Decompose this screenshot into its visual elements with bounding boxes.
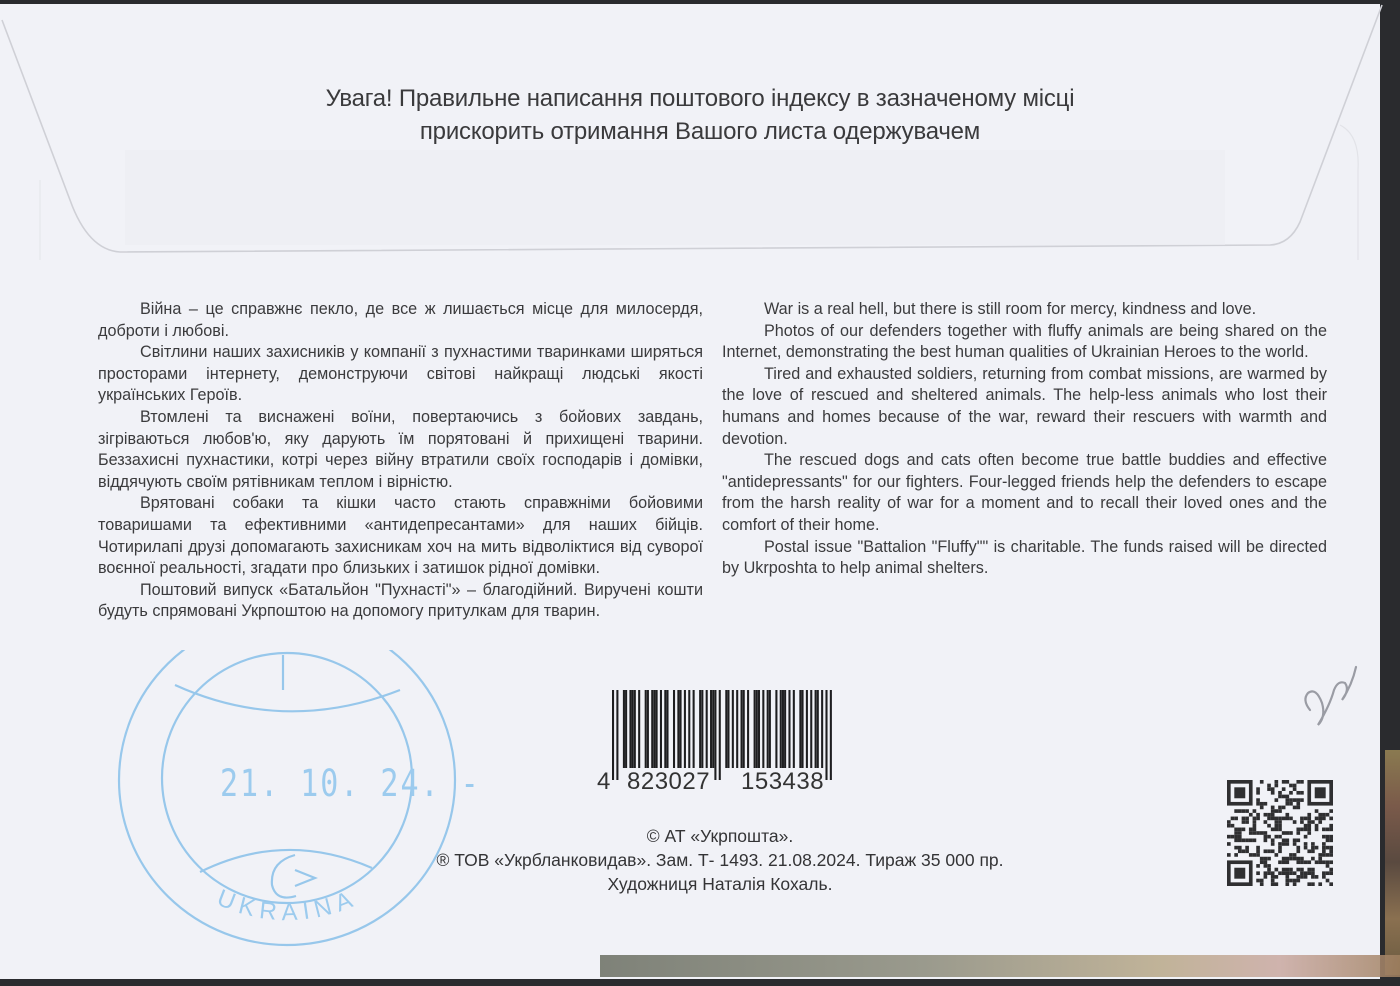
- paragraph: Postal issue "Battalion "Fluffy"" is cha…: [722, 537, 1327, 580]
- barcode-left-group: 823027: [627, 768, 710, 796]
- ukrainian-text-column: Війна – це справжнє пекло, де все ж лиша…: [98, 299, 703, 623]
- svg-text:21. 10. 24. -00: 21. 10. 24. -00: [220, 762, 480, 806]
- ean-barcode: [612, 690, 832, 772]
- svg-text:UKRAINA: UKRAINA: [213, 884, 361, 926]
- paragraph: War is a real hell, but there is still r…: [722, 299, 1327, 321]
- paragraph: Поштовий випуск «Батальйон "Пухнасті"» –…: [98, 580, 703, 623]
- paragraph: Photos of our defenders together with fl…: [722, 321, 1327, 364]
- paragraph: Втомлені та виснажені воїни, повертаючис…: [98, 407, 703, 493]
- paragraph: Врятовані собаки та кішки часто стають с…: [98, 493, 703, 579]
- notice-line-1: Увага! Правильне написання поштового інд…: [200, 82, 1200, 115]
- paragraph: The rescued dogs and cats often become t…: [722, 450, 1327, 536]
- stamp-art-edge: [1385, 750, 1400, 975]
- postmark-stamp-icon: 21. 10. 24. -00 UKRAINA: [100, 650, 480, 950]
- paragraph: Світлини наших захисників у компанії з п…: [98, 342, 703, 407]
- notice-line-2: прискорить отримання Вашого листа одержу…: [200, 115, 1200, 148]
- paragraph: Війна – це справжнє пекло, де все ж лиша…: [98, 299, 703, 342]
- english-text-column: War is a real hell, but there is still r…: [722, 299, 1327, 580]
- barcode-number: 4 823027 153438: [595, 768, 840, 796]
- postal-code-notice: Увага! Правильне написання поштового інд…: [200, 82, 1200, 148]
- qr-code-icon: [1227, 780, 1333, 886]
- handwritten-signature-icon: [1300, 655, 1360, 735]
- paragraph: Tired and exhausted soldiers, returning …: [722, 364, 1327, 450]
- barcode-right-group: 153438: [741, 768, 824, 796]
- inner-card-edge: [600, 955, 1400, 977]
- barcode-first-digit: 4: [597, 768, 611, 796]
